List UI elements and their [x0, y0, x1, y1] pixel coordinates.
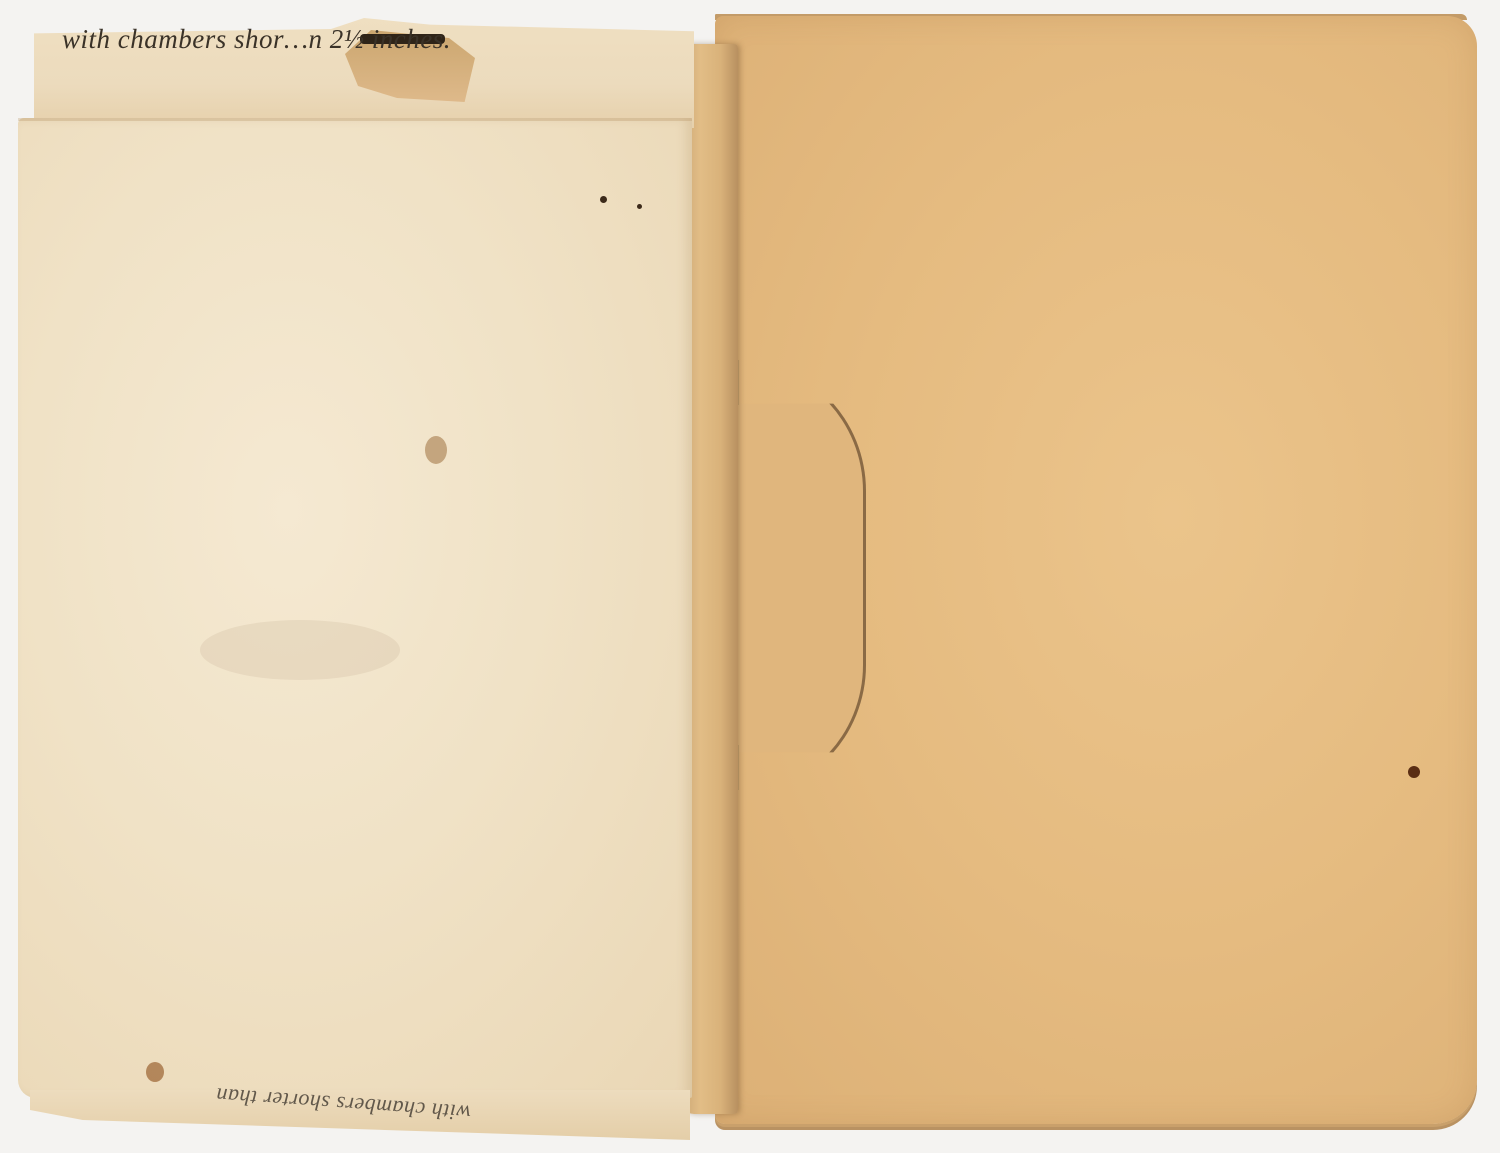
- stain: [600, 196, 607, 203]
- label-print-top: with chambers shor…n 2½ inches.: [62, 24, 451, 55]
- paper-label-wrap: [18, 118, 692, 1098]
- dark-spot: [1408, 766, 1420, 778]
- water-mark: [200, 620, 400, 680]
- semicircle-tuck-flap: [738, 360, 866, 796]
- stain: [146, 1062, 164, 1082]
- photo-scene: with chambers shor…n 2½ inches. with cha…: [0, 0, 1500, 1153]
- stain: [637, 204, 642, 209]
- stain: [425, 436, 447, 464]
- label-fold-line: [18, 118, 692, 121]
